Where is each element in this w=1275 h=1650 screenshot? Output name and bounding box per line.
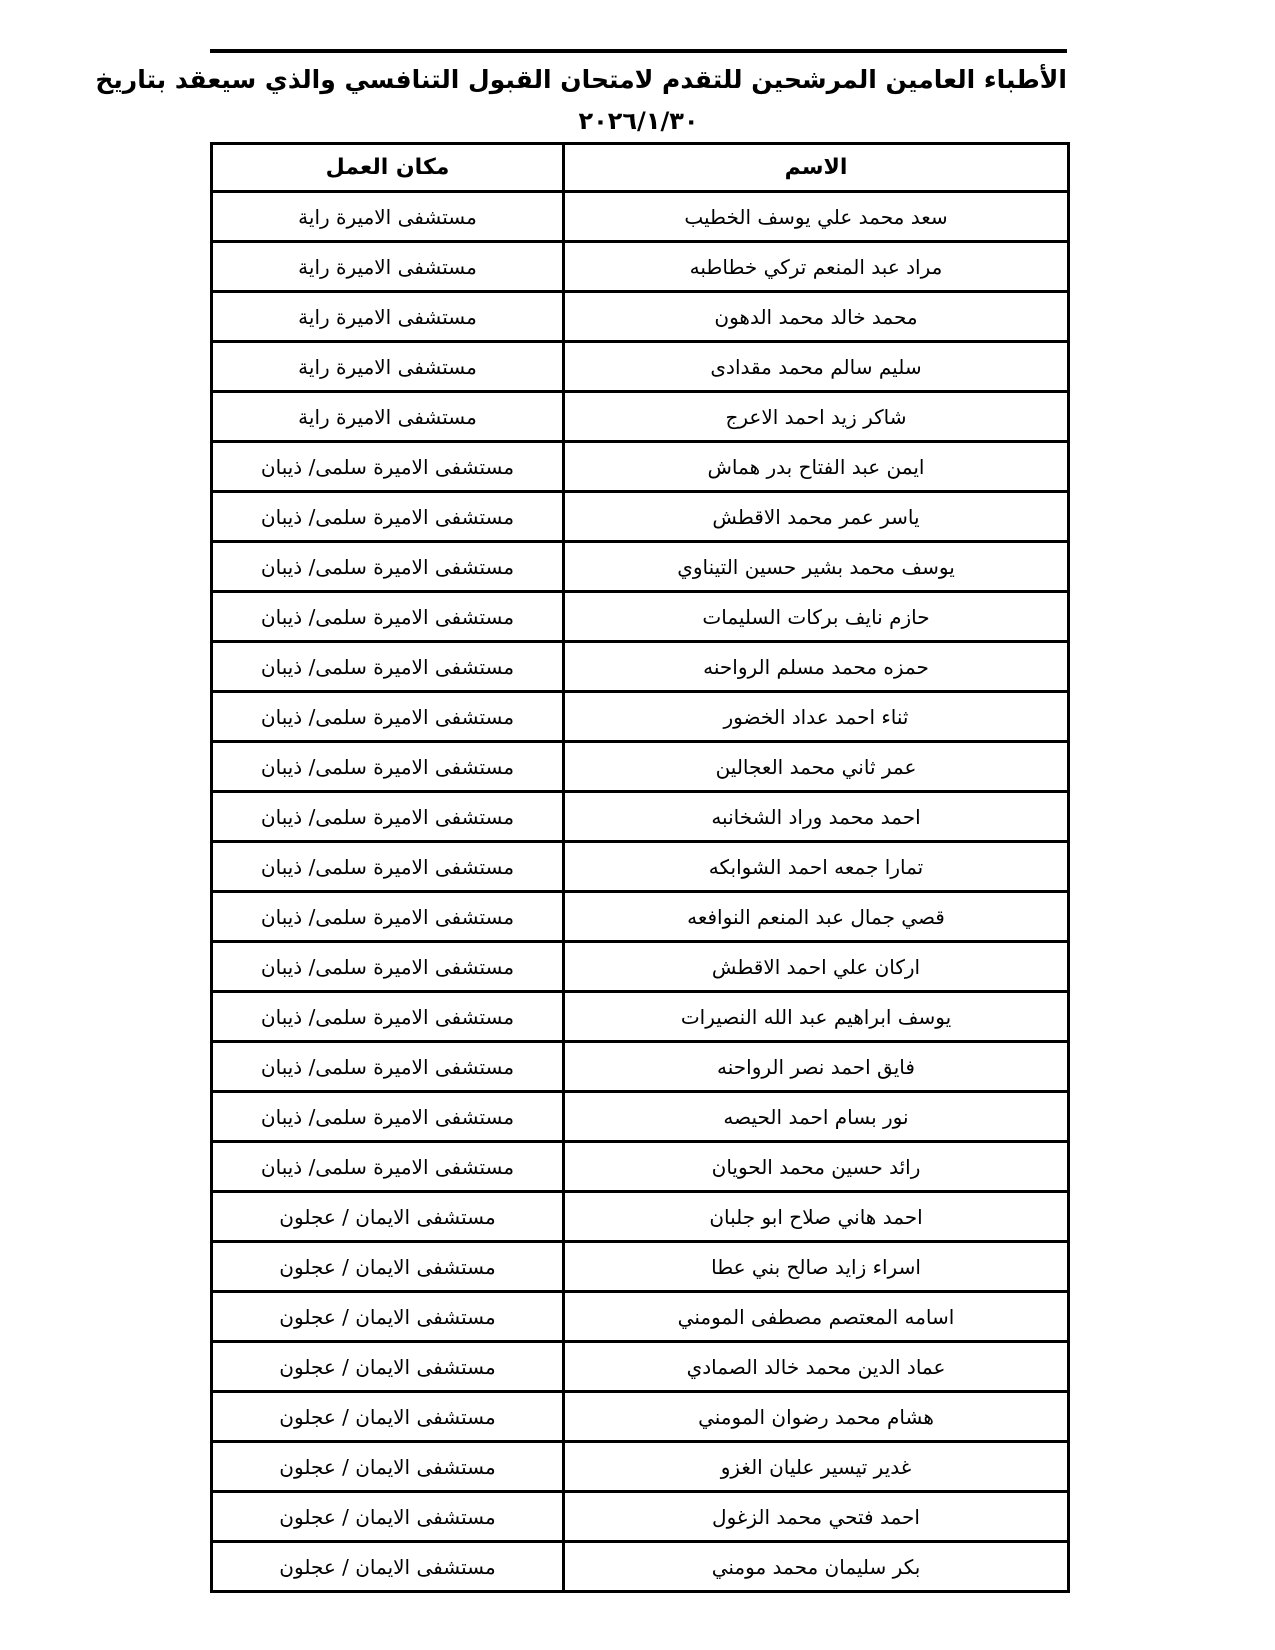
table-row: سعد محمد علي يوسف الخطيب مستشفى الاميرة … bbox=[212, 192, 1069, 242]
document-title-block: الأطباء العامين المرشحين للتقدم لامتحان … bbox=[210, 56, 1067, 138]
document-title: الأطباء العامين المرشحين للتقدم لامتحان … bbox=[210, 56, 1067, 104]
table-row: فايق احمد نصر الرواحنه مستشفى الاميرة سل… bbox=[212, 1042, 1069, 1092]
document-page: الأطباء العامين المرشحين للتقدم لامتحان … bbox=[0, 0, 1275, 1650]
table-row: اسراء زايد صالح بني عطا مستشفى الايمان /… bbox=[212, 1242, 1069, 1292]
table-row: اركان علي احمد الاقطش مستشفى الاميرة سلم… bbox=[212, 942, 1069, 992]
workplace-cell: مستشفى الاميرة راية bbox=[212, 392, 564, 442]
table-row: شاكر زيد احمد الاعرج مستشفى الاميرة راية bbox=[212, 392, 1069, 442]
workplace-cell: مستشفى الاميرة سلمى/ ذيبان bbox=[212, 992, 564, 1042]
name-cell: هشام محمد رضوان المومني bbox=[564, 1392, 1069, 1442]
name-cell: يوسف ابراهيم عبد الله النصيرات bbox=[564, 992, 1069, 1042]
header-workplace: مكان العمل bbox=[212, 144, 564, 192]
workplace-cell: مستشفى الاميرة راية bbox=[212, 242, 564, 292]
name-cell: محمد خالد محمد الدهون bbox=[564, 292, 1069, 342]
workplace-cell: مستشفى الاميرة سلمى/ ذيبان bbox=[212, 592, 564, 642]
workplace-cell: مستشفى الاميرة راية bbox=[212, 342, 564, 392]
workplace-cell: مستشفى الايمان / عجلون bbox=[212, 1242, 564, 1292]
name-cell: فايق احمد نصر الرواحنه bbox=[564, 1042, 1069, 1092]
table-row: عماد الدين محمد خالد الصمادي مستشفى الاي… bbox=[212, 1342, 1069, 1392]
name-cell: تمارا جمعه احمد الشوابكه bbox=[564, 842, 1069, 892]
table-row: تمارا جمعه احمد الشوابكه مستشفى الاميرة … bbox=[212, 842, 1069, 892]
table-row: سليم سالم محمد مقدادى مستشفى الاميرة راي… bbox=[212, 342, 1069, 392]
workplace-cell: مستشفى الاميرة سلمى/ ذيبان bbox=[212, 842, 564, 892]
name-cell: اسراء زايد صالح بني عطا bbox=[564, 1242, 1069, 1292]
name-cell: نور بسام احمد الحيصه bbox=[564, 1092, 1069, 1142]
table-row: ايمن عبد الفتاح بدر هماش مستشفى الاميرة … bbox=[212, 442, 1069, 492]
name-cell: مراد عبد المنعم تركي خطاطبه bbox=[564, 242, 1069, 292]
workplace-cell: مستشفى الاميرة سلمى/ ذيبان bbox=[212, 892, 564, 942]
workplace-cell: مستشفى الايمان / عجلون bbox=[212, 1292, 564, 1342]
table-row: ياسر عمر محمد الاقطش مستشفى الاميرة سلمى… bbox=[212, 492, 1069, 542]
name-cell: عماد الدين محمد خالد الصمادي bbox=[564, 1342, 1069, 1392]
name-cell: يوسف محمد بشير حسين التيناوي bbox=[564, 542, 1069, 592]
name-cell: ايمن عبد الفتاح بدر هماش bbox=[564, 442, 1069, 492]
header-name: الاسم bbox=[564, 144, 1069, 192]
table-row: نور بسام احمد الحيصه مستشفى الاميرة سلمى… bbox=[212, 1092, 1069, 1142]
workplace-cell: مستشفى الاميرة سلمى/ ذيبان bbox=[212, 942, 564, 992]
workplace-cell: مستشفى الايمان / عجلون bbox=[212, 1542, 564, 1592]
workplace-cell: مستشفى الايمان / عجلون bbox=[212, 1192, 564, 1242]
table-row: حمزه محمد مسلم الرواحنه مستشفى الاميرة س… bbox=[212, 642, 1069, 692]
table-row: هشام محمد رضوان المومني مستشفى الايمان /… bbox=[212, 1392, 1069, 1442]
name-cell: احمد فتحي محمد الزغول bbox=[564, 1492, 1069, 1542]
table-row: قصي جمال عبد المنعم النوافعه مستشفى الام… bbox=[212, 892, 1069, 942]
workplace-cell: مستشفى الاميرة سلمى/ ذيبان bbox=[212, 692, 564, 742]
table-row: عمر ثاني محمد العجالين مستشفى الاميرة سل… bbox=[212, 742, 1069, 792]
table-body: سعد محمد علي يوسف الخطيب مستشفى الاميرة … bbox=[212, 192, 1069, 1592]
name-cell: حمزه محمد مسلم الرواحنه bbox=[564, 642, 1069, 692]
workplace-cell: مستشفى الاميرة سلمى/ ذيبان bbox=[212, 1092, 564, 1142]
workplace-cell: مستشفى الايمان / عجلون bbox=[212, 1392, 564, 1442]
table-row: احمد محمد وراد الشخانبه مستشفى الاميرة س… bbox=[212, 792, 1069, 842]
table-row: ثناء احمد عداد الخضور مستشفى الاميرة سلم… bbox=[212, 692, 1069, 742]
name-cell: رائد حسين محمد الحويان bbox=[564, 1142, 1069, 1192]
workplace-cell: مستشفى الاميرة سلمى/ ذيبان bbox=[212, 742, 564, 792]
name-cell: غدير تيسير عليان الغزو bbox=[564, 1442, 1069, 1492]
workplace-cell: مستشفى الايمان / عجلون bbox=[212, 1342, 564, 1392]
workplace-cell: مستشفى الايمان / عجلون bbox=[212, 1492, 564, 1542]
workplace-cell: مستشفى الاميرة سلمى/ ذيبان bbox=[212, 1142, 564, 1192]
workplace-cell: مستشفى الاميرة راية bbox=[212, 292, 564, 342]
workplace-cell: مستشفى الاميرة سلمى/ ذيبان bbox=[212, 492, 564, 542]
workplace-cell: مستشفى الاميرة راية bbox=[212, 192, 564, 242]
table-row: يوسف ابراهيم عبد الله النصيرات مستشفى ال… bbox=[212, 992, 1069, 1042]
table-header-row: الاسم مكان العمل bbox=[212, 144, 1069, 192]
name-cell: احمد هاني صلاح ابو جلبان bbox=[564, 1192, 1069, 1242]
name-cell: قصي جمال عبد المنعم النوافعه bbox=[564, 892, 1069, 942]
workplace-cell: مستشفى الاميرة سلمى/ ذيبان bbox=[212, 792, 564, 842]
name-cell: سعد محمد علي يوسف الخطيب bbox=[564, 192, 1069, 242]
name-cell: ثناء احمد عداد الخضور bbox=[564, 692, 1069, 742]
workplace-cell: مستشفى الاميرة سلمى/ ذيبان bbox=[212, 542, 564, 592]
name-cell: اسامه المعتصم مصطفى المومني bbox=[564, 1292, 1069, 1342]
table-row: احمد فتحي محمد الزغول مستشفى الايمان / ع… bbox=[212, 1492, 1069, 1542]
title-rule bbox=[210, 49, 1067, 53]
table-row: حازم نايف بركات السليمات مستشفى الاميرة … bbox=[212, 592, 1069, 642]
table-row: يوسف محمد بشير حسين التيناوي مستشفى الام… bbox=[212, 542, 1069, 592]
workplace-cell: مستشفى الاميرة سلمى/ ذيبان bbox=[212, 642, 564, 692]
candidates-table: الاسم مكان العمل سعد محمد علي يوسف الخطي… bbox=[210, 142, 1070, 1593]
name-cell: حازم نايف بركات السليمات bbox=[564, 592, 1069, 642]
name-cell: ياسر عمر محمد الاقطش bbox=[564, 492, 1069, 542]
workplace-cell: مستشفى الاميرة سلمى/ ذيبان bbox=[212, 1042, 564, 1092]
name-cell: سليم سالم محمد مقدادى bbox=[564, 342, 1069, 392]
name-cell: احمد محمد وراد الشخانبه bbox=[564, 792, 1069, 842]
name-cell: عمر ثاني محمد العجالين bbox=[564, 742, 1069, 792]
name-cell: شاكر زيد احمد الاعرج bbox=[564, 392, 1069, 442]
table-row: احمد هاني صلاح ابو جلبان مستشفى الايمان … bbox=[212, 1192, 1069, 1242]
document-date: ٢٠٢٦/١/٣٠ bbox=[210, 104, 1067, 138]
name-cell: اركان علي احمد الاقطش bbox=[564, 942, 1069, 992]
name-cell: بكر سليمان محمد مومني bbox=[564, 1542, 1069, 1592]
table-row: محمد خالد محمد الدهون مستشفى الاميرة راي… bbox=[212, 292, 1069, 342]
table-row: اسامه المعتصم مصطفى المومني مستشفى الايم… bbox=[212, 1292, 1069, 1342]
table-row: غدير تيسير عليان الغزو مستشفى الايمان / … bbox=[212, 1442, 1069, 1492]
workplace-cell: مستشفى الايمان / عجلون bbox=[212, 1442, 564, 1492]
workplace-cell: مستشفى الاميرة سلمى/ ذيبان bbox=[212, 442, 564, 492]
table-row: بكر سليمان محمد مومني مستشفى الايمان / ع… bbox=[212, 1542, 1069, 1592]
table-row: مراد عبد المنعم تركي خطاطبه مستشفى الامي… bbox=[212, 242, 1069, 292]
table-row: رائد حسين محمد الحويان مستشفى الاميرة سل… bbox=[212, 1142, 1069, 1192]
